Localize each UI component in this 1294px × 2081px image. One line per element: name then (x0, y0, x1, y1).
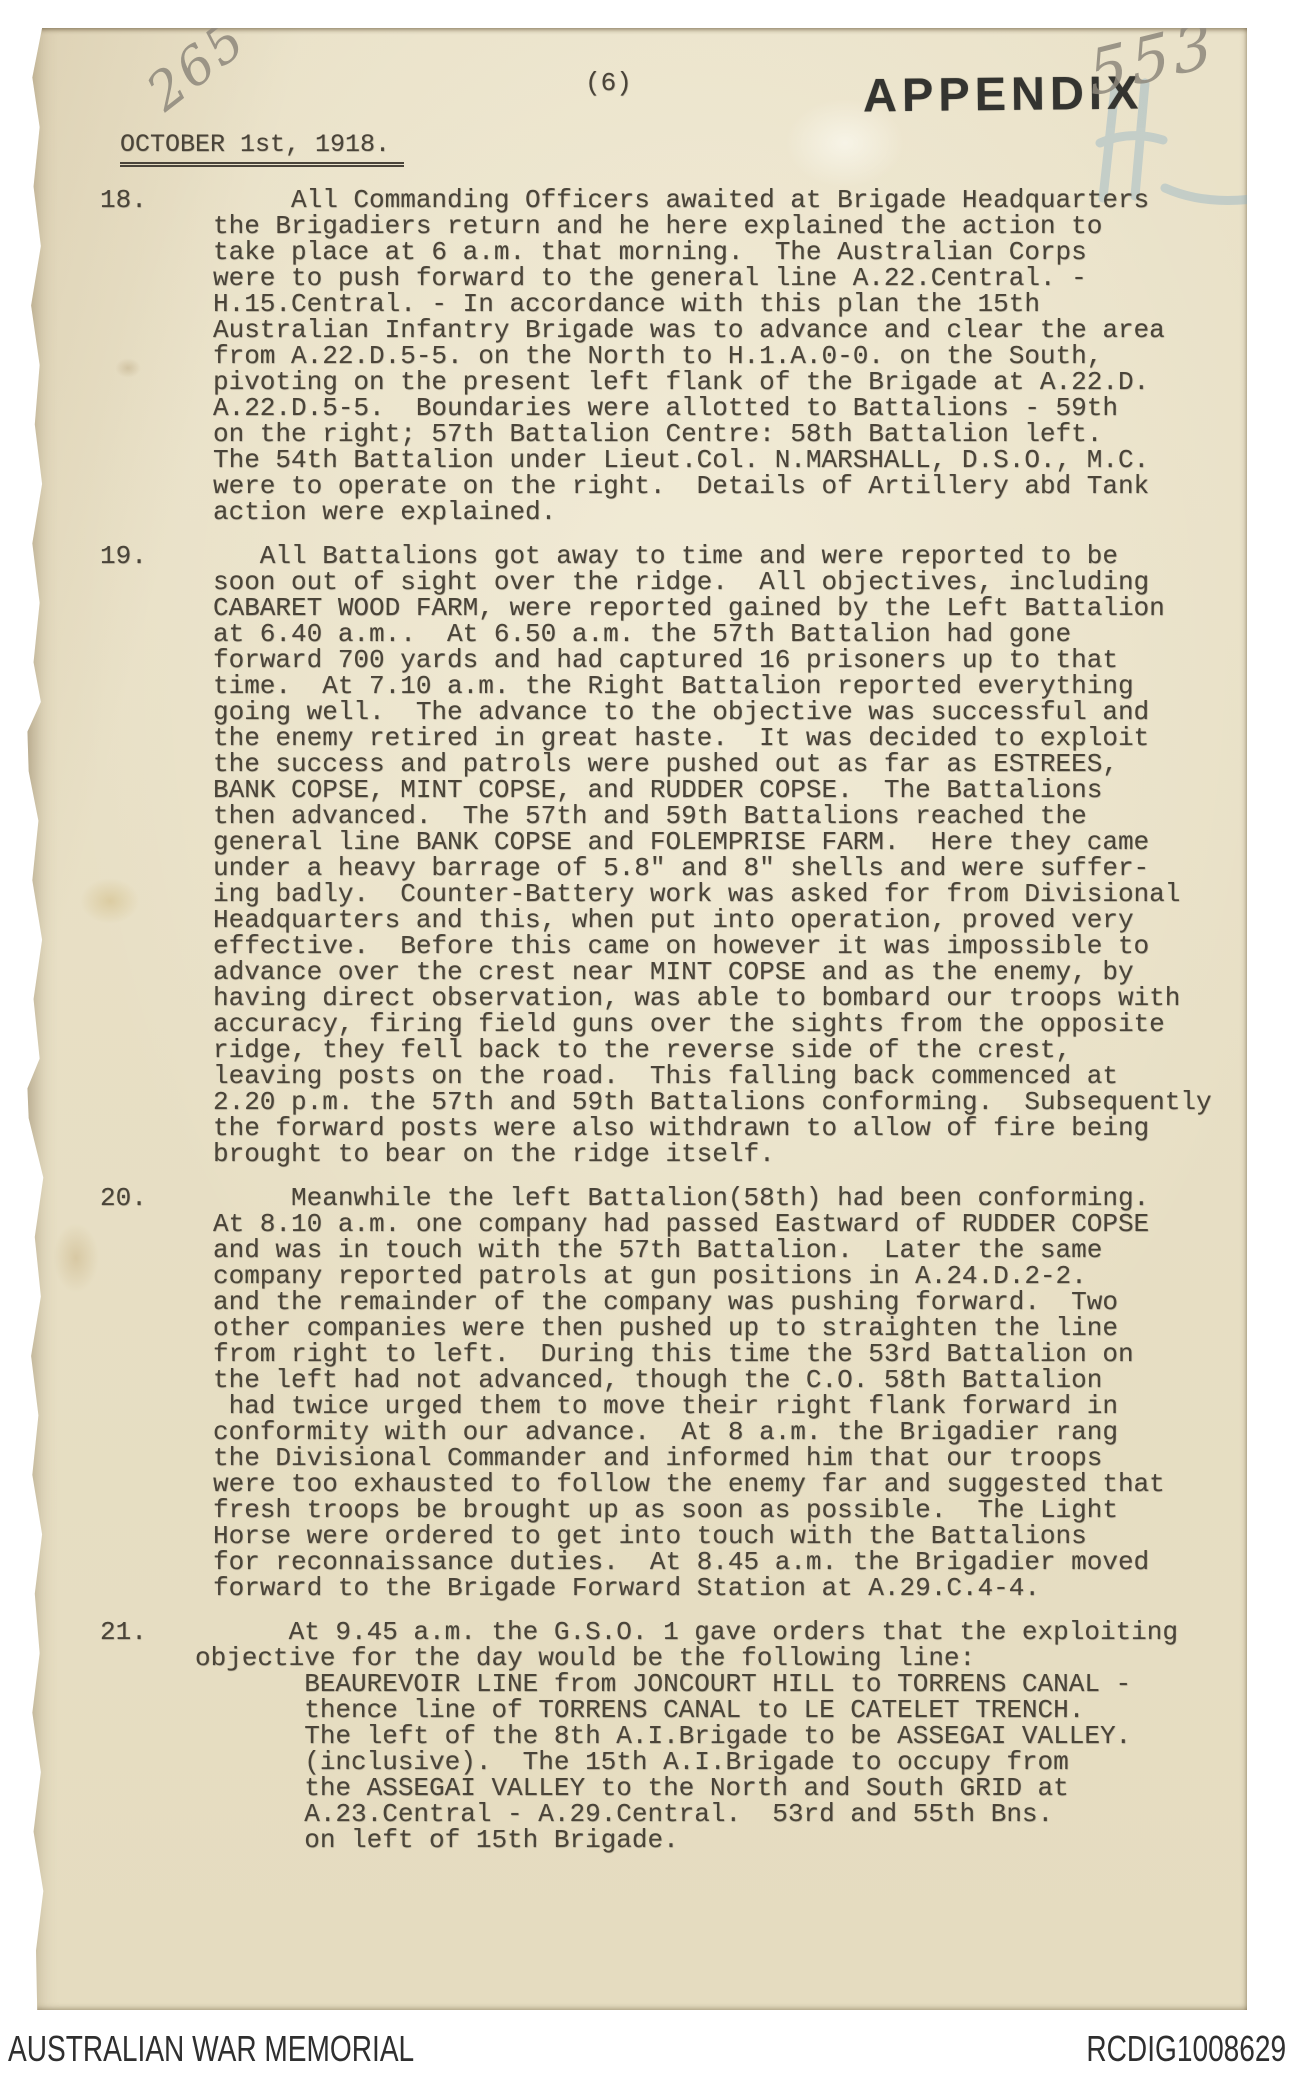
paragraph-body: All Commanding Officers awaited at Briga… (213, 187, 1165, 525)
paragraph-19: 19. All Battalions got away to time and … (100, 543, 1247, 1167)
catalogue-footer: AUSTRALIAN WAR MEMORIAL RCDIG1008629 (0, 2010, 1294, 2081)
paragraph-21: 21. At 9.45 a.m. the G.S.O. 1 gave order… (100, 1619, 1247, 1853)
paragraph-number: 21. (100, 1619, 195, 1853)
document-page: 265 (6) APPENDIX 553 OCTOBER 1st, 1918. … (25, 28, 1247, 2010)
footer-source-label: AUSTRALIAN WAR MEMORIAL (8, 2028, 414, 2070)
paragraph-number: 20. (100, 1185, 213, 1601)
paragraph-number: 18. (100, 187, 213, 525)
footer-reference-id: RCDIG1008629 (1086, 2028, 1286, 2070)
paragraph-20: 20. Meanwhile the left Battalion(58th) h… (100, 1185, 1247, 1601)
paragraph-body: All Battalions got away to time and were… (213, 543, 1212, 1167)
paragraph-body: At 9.45 a.m. the G.S.O. 1 gave orders th… (195, 1619, 1178, 1853)
diary-entries: 18. All Commanding Officers awaited at B… (25, 28, 1247, 1853)
paragraph-18: 18. All Commanding Officers awaited at B… (100, 187, 1247, 525)
scanned-document-view: { "header": { "page_number": "(6)", "app… (0, 0, 1294, 2081)
paragraph-body: Meanwhile the left Battalion(58th) had b… (213, 1185, 1165, 1601)
paragraph-number: 19. (100, 543, 213, 1167)
